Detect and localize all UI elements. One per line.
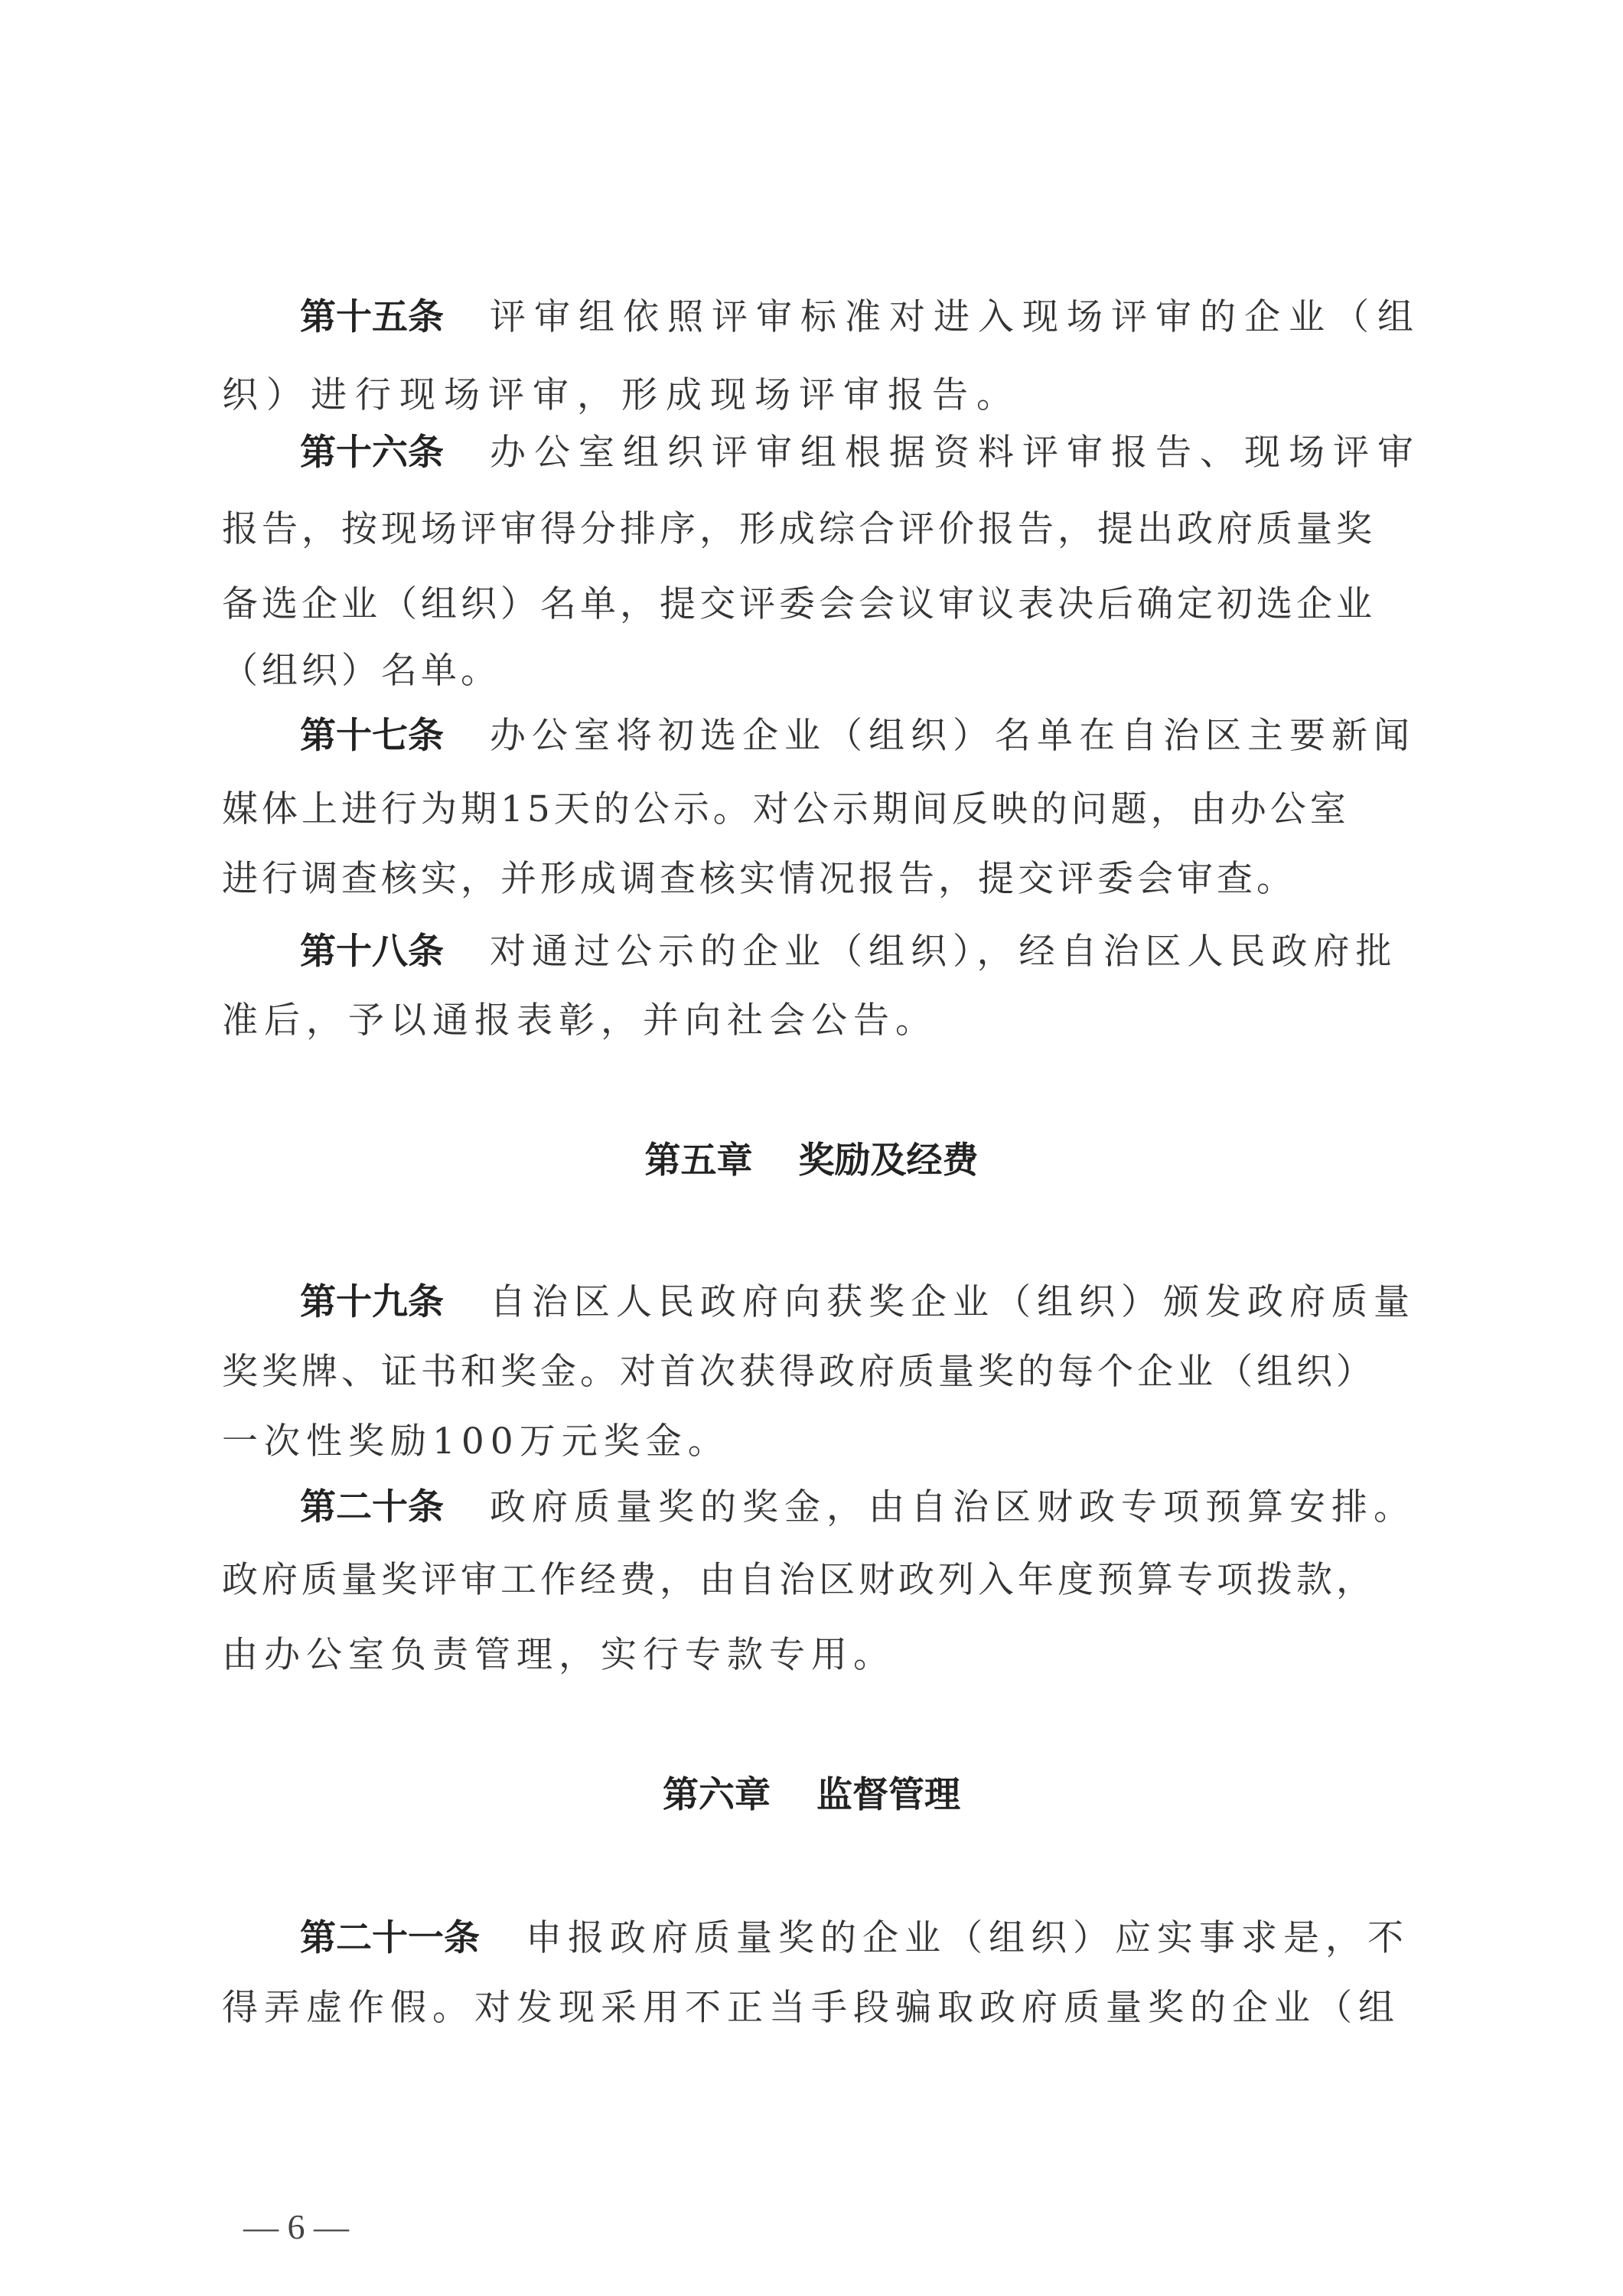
article-19-line-3: 一次性奖励100万元奖金。 [222, 1417, 1425, 1466]
article-19-line-2: 奖奖牌、证书和奖金。对首次获得政府质量奖的每个企业（组织） [222, 1348, 1425, 1397]
article-17-line-2: 媒体上进行为期15天的公示。对公示期间反映的问题，由办公室 [222, 785, 1425, 834]
article-18-line-2: 准后，予以通报表彰，并向社会公告。 [222, 996, 1425, 1045]
article-text: 办公室将初选企业（组织）名单在自治区主要新闻 [490, 712, 1425, 761]
article-20-line-1: 第二十条 政府质量奖的奖金，由自治区财政专项预算安排。 [300, 1483, 1425, 1532]
article-20-line-3: 由办公室负责管理，实行专款专用。 [222, 1631, 1425, 1680]
article-title: 第十八条 [300, 928, 444, 977]
article-text: 对通过公示的企业（组织），经自治区人民政府批 [490, 928, 1425, 977]
article-17-line-3: 进行调查核实，并形成调查核实情况报告，提交评委会审查。 [222, 855, 1425, 904]
article-19-line-1: 第十九条 自治区人民政府向获奖企业（组织）颁发政府质量 [300, 1278, 1425, 1327]
article-15-line-2: 织）进行现场评审，形成现场评审报告。 [222, 371, 1425, 420]
article-18-line-1: 第十八条 对通过公示的企业（组织），经自治区人民政府批 [300, 928, 1425, 977]
article-title: 第十五条 [300, 293, 444, 342]
document-page: 第十五条 评审组依照评审标准对进入现场评审的企业（组 织）进行现场评审，形成现场… [0, 0, 1623, 2296]
article-text: 申报政府质量奖的企业（组织）应实事求是，不 [526, 1914, 1425, 1963]
chapter-title: 监督管理 [816, 1774, 960, 1816]
article-text: 政府质量奖的奖金，由自治区财政专项预算安排。 [490, 1483, 1425, 1532]
article-text: 自治区人民政府向获奖企业（组织）颁发政府质量 [490, 1278, 1425, 1327]
article-21-line-2: 得弄虚作假。对发现采用不正当手段骗取政府质量奖的企业（组 [222, 1984, 1425, 2033]
article-16-line-4: （组织）名单。 [222, 647, 1425, 696]
page-number: — 6 — [243, 2204, 349, 2250]
article-title: 第十九条 [300, 1278, 444, 1327]
article-16-line-2: 报告，按现场评审得分排序，形成综合评价报告，提出政府质量奖 [222, 505, 1425, 554]
article-16-line-3: 备选企业（组织）名单，提交评委会会议审议表决后确定初选企业 [222, 580, 1425, 629]
article-text: 办公室组织评审组根据资料评审报告、现场评审 [490, 429, 1425, 478]
article-16-line-1: 第十六条 办公室组织评审组根据资料评审报告、现场评审 [300, 429, 1425, 478]
chapter-title: 奖励及经费 [799, 1140, 979, 1182]
article-title: 第十六条 [300, 429, 444, 478]
article-text: 评审组依照评审标准对进入现场评审的企业（组 [490, 293, 1425, 342]
chapter-number: 第六章 [663, 1774, 771, 1816]
chapter-number: 第五章 [645, 1140, 753, 1182]
article-title: 第二十条 [300, 1483, 444, 1532]
article-15-line-1: 第十五条 评审组依照评审标准对进入现场评审的企业（组 [300, 293, 1425, 342]
article-title: 第十七条 [300, 712, 444, 761]
article-21-line-1: 第二十一条 申报政府质量奖的企业（组织）应实事求是，不 [300, 1914, 1425, 1963]
article-20-line-2: 政府质量奖评审工作经费，由自治区财政列入年度预算专项拨款， [222, 1556, 1425, 1605]
chapter-5-heading: 第五章奖励及经费 [0, 1137, 1623, 1186]
chapter-6-heading: 第六章监督管理 [0, 1771, 1623, 1820]
article-17-line-1: 第十七条 办公室将初选企业（组织）名单在自治区主要新闻 [300, 712, 1425, 761]
article-title: 第二十一条 [300, 1914, 480, 1963]
